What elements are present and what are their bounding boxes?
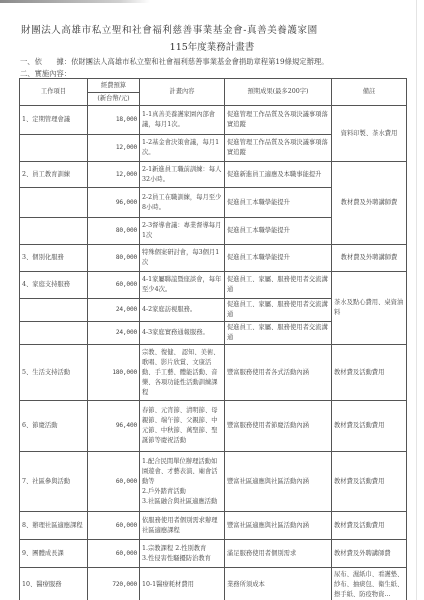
item-cell: 1、定期管理會議 (20, 106, 88, 135)
outcome-cell: 促進員工、家屬、服務使用者交流溝通 (225, 322, 332, 345)
outcome-cell: 滿足服務使用者個別需求 (225, 540, 332, 568)
item-cell: 5、生活支持活動 (20, 345, 88, 401)
outcome-cell: 促進員工、家屬、服務使用者交流溝通 (225, 272, 332, 299)
note-cell: 教材費及外聘講師費 (332, 162, 407, 245)
item-cell (20, 188, 88, 218)
item-cell: 7、社區參與活動 (20, 452, 88, 512)
item-cell: 10、醫療服務 (20, 568, 88, 600)
item-cell (20, 218, 88, 245)
note-cell: 教材費及活動費用 (332, 512, 407, 540)
outcome-cell: 豐富社區適應與社區活動內涵 (225, 452, 332, 512)
item-cell: 8、辦理社區適應課程 (20, 512, 88, 540)
col-header-content: 計畫內容 (140, 79, 225, 106)
item-cell: 6、節慶活動 (20, 401, 88, 452)
col-header-budget: 經費預算 (88, 79, 140, 93)
basis-text: 依財團法人高雄市私立聖和社會福利慈善事業基金會捐助章程第19條規定辦理。 (71, 57, 328, 66)
outcome-cell: 豐富社區適應與社區活動內涵 (225, 512, 332, 540)
document-title: 115年度業務計畫書 (0, 39, 424, 53)
item-cell (20, 299, 88, 322)
content-cell: 4-2家庭訪視服務。 (140, 299, 225, 322)
outcome-cell: 促進管理工作品質及各項決議事項落實追蹤 (225, 135, 332, 162)
note-cell: 教材費及活動費用 (332, 452, 407, 512)
content-cell: 1-1真善美養護家園內部會議，每月1次。 (140, 106, 225, 135)
amount-cell: 96,000 (88, 188, 140, 218)
table-row: 7、社區參與活動 60,000 1.配合民間單位辦理活動如園遊會、才藝表演、廟會… (20, 452, 407, 512)
basis-label: 一、依 據： (20, 57, 71, 66)
note-cell: 教材費及活動費用 (332, 401, 407, 452)
amount-cell: 12,000 (88, 162, 140, 188)
outcome-cell: 促進新進員工適應及本職事能提升 (225, 162, 332, 188)
note-cell: 教材費及外聘講師費 (332, 245, 407, 272)
content-cell: 10-1醫療耗材費用 (140, 568, 225, 600)
content-cell: 2-1新進員工職前訓練：每人32小時。 (140, 162, 225, 188)
table-row: 8、辦理社區適應課程 60,000 依服務使用者個別需求辦理社區適應課程 豐富社… (20, 512, 407, 540)
content-cell: 4-3家庭實務通報服務。 (140, 322, 225, 345)
note-cell: 教材費及外聘講師費 (332, 540, 407, 568)
item-cell (20, 322, 88, 345)
item-cell: 4、家庭支持服務 (20, 272, 88, 299)
content-cell: 2-3督導會議：專業督導每月1次 (140, 218, 225, 245)
amount-cell: 18,000 (88, 106, 140, 135)
col-header-budget-unit: (新台幣/元) (88, 93, 140, 106)
note-cell: 資料印製、茶水費用 (332, 106, 407, 162)
col-header-note: 備註 (332, 79, 407, 106)
amount-cell: 60,000 (88, 512, 140, 540)
content-cell: 特殊個案研討會，每3個月1次 (140, 245, 225, 272)
outcome-cell: 業務所須成本 (225, 568, 332, 600)
amount-cell: 24,000 (88, 299, 140, 322)
table-row: 4、家庭支持服務 60,000 4-1家屬聯誼暨座談會，每年至少4次。 促進員工… (20, 272, 407, 299)
table-row: 6、節慶活動 96,400 春節、元宵節、清明節、母親節、端午節、父親節、中元節… (20, 401, 407, 452)
organization-title: 財團法人高雄市私立聖和社會福利慈善事業基金會-真善美養護家園 (21, 22, 318, 36)
item-cell (20, 135, 88, 162)
item-cell: 2、員工教育訓練 (20, 162, 88, 188)
outcome-cell: 豐富服務使用者各式活動內涵 (225, 345, 332, 401)
content-cell: 1.配合民間單位辦理活動如園遊會、才藝表演、廟會活動等 2.戶外踏青活動 3.社… (140, 452, 225, 512)
table-row: 1、定期管理會議 18,000 1-1真善美養護家園內部會議，每月1次。 促進管… (20, 106, 407, 135)
table-row: 9、團體成長課 60,000 1.宗教課程 2.性別教育 3.性侵害性騷擾防治教… (20, 540, 407, 568)
amount-cell: 80,000 (88, 245, 140, 272)
table-row: 3、個別化服務 80,000 特殊個案研討會，每3個月1次 促進員工本職學能提升… (20, 245, 407, 272)
content-cell: 宗教、復健、 認知、美術、歌唱、影片欣賞、文康活動、手工藝、體能活動、音樂、各項… (140, 345, 225, 401)
content-cell: 1-2基金會決策會議，每月1次。 (140, 135, 225, 162)
amount-cell: 180,000 (88, 345, 140, 401)
col-header-outcome: 預期成果(最多200字) (225, 79, 332, 106)
amount-cell: 80,000 (88, 218, 140, 245)
table-header-row: 工作項目 經費預算 計畫內容 預期成果(最多200字) 備註 (20, 79, 407, 93)
amount-cell: 12,000 (88, 135, 140, 162)
content-cell: 2-2員工在職訓練，每月至少8小時。 (140, 188, 225, 218)
amount-cell: 60,000 (88, 540, 140, 568)
content-cell: 1.宗教課程 2.性別教育 3.性侵害性騷擾防治教育 (140, 540, 225, 568)
outcome-cell: 促進員工、家屬、服務使用者交流溝通 (225, 299, 332, 322)
amount-cell: 60,000 (88, 452, 140, 512)
item-cell: 3、個別化服務 (20, 245, 88, 272)
table-row: 10、醫療服務 720,000 10-1醫療耗材費用 業務所須成本 尿布、濕紙巾… (20, 568, 407, 600)
page-edge (416, 0, 417, 600)
amount-cell: 720,000 (88, 568, 140, 600)
outcome-cell: 促進員工本職學能提升 (225, 218, 332, 245)
amount-cell: 96,400 (88, 401, 140, 452)
note-cell: 茶水及點心費用、桌資油料 (332, 272, 407, 345)
table-row: 5、生活支持活動 180,000 宗教、復健、 認知、美術、歌唱、影片欣賞、文康… (20, 345, 407, 401)
outcome-cell: 促進員工本職學能提升 (225, 188, 332, 218)
content-cell: 春節、元宵節、清明節、母親節、端午節、父親節、中元節、中秋節、萬聖節、聖誕節等慶… (140, 401, 225, 452)
basis-line: 一、依 據：依財團法人高雄市私立聖和社會福利慈善事業基金會捐助章程第19條規定辦… (20, 57, 328, 67)
content-cell: 4-1家屬聯誼暨座談會，每年至少4次。 (140, 272, 225, 299)
scan-edge-shadow (0, 0, 150, 3)
outcome-cell: 豐富服務使用者節慶活動內涵 (225, 401, 332, 452)
amount-cell: 24,000 (88, 322, 140, 345)
content-cell: 依服務使用者個別需求辦理社區適應課程 (140, 512, 225, 540)
plan-table: 工作項目 經費預算 計畫內容 預期成果(最多200字) 備註 (新台幣/元) 1… (19, 78, 407, 600)
amount-cell: 60,000 (88, 272, 140, 299)
outcome-cell: 促進員工本職學能提升 (225, 245, 332, 272)
col-header-item: 工作項目 (20, 79, 88, 106)
note-cell: 尿布、濕紙巾、看護墊、紗布、抽痰包、衛生紙、擦手紙、防疫物資… (332, 568, 407, 600)
table-row: 2、員工教育訓練 12,000 2-1新進員工職前訓練：每人32小時。 促進新進… (20, 162, 407, 188)
item-cell: 9、團體成長課 (20, 540, 88, 568)
note-cell: 教材費及活動費用 (332, 345, 407, 401)
outcome-cell: 促進管理工作品質及各項決議事項落實追蹤 (225, 106, 332, 135)
